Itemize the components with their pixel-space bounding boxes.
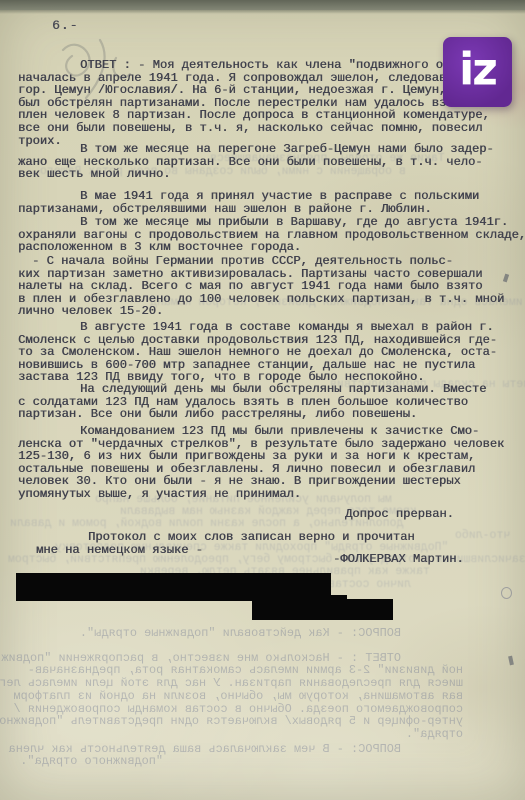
text-line: 125-130, 6 из них были пригвождены за ру… [18, 450, 520, 463]
text-line: - С начала войны Германии против СССР, д… [18, 255, 520, 268]
text-line: В том же месяце на перегоне Загреб-Цемун… [18, 143, 520, 156]
answer-paragraph: В мае 1941 года я принял участие в распр… [18, 190, 520, 215]
bleedthrough-line: что-либо [455, 529, 510, 542]
bleedthrough-question: ВОПРОС: - Как действовали "подвижные отр… [0, 627, 483, 640]
text-line: унтер-офицер и 5 рядовых/ включается оди… [0, 715, 463, 728]
text-line: В августе 1941 года в составе команды я … [18, 321, 520, 334]
text-line: партизан. Все они были либо расстреляны,… [18, 408, 520, 421]
text-line: упомянутых выше, я участия не принимал. [18, 488, 520, 501]
photo-edge-shadow [0, 10, 525, 14]
text-line: На следующий день мы были обстреляны пар… [18, 383, 520, 396]
answer-paragraph: - С начала войны Германии против СССР, д… [18, 255, 520, 318]
redaction-bar [252, 599, 393, 620]
text-line: партизанами, обстрелявшими наш эшелон в … [18, 203, 520, 216]
protocol-note-line-2: мне на немецком языке - [36, 543, 203, 557]
text-line: отряда". [0, 728, 463, 741]
text-line: ВОПРОС: - Как действовали "подвижные отр… [0, 627, 463, 640]
text-line: то за Смоленском. Наш эшелон немного не … [18, 346, 520, 359]
text-line: все они были повешены, в т.ч. я, насколь… [18, 122, 520, 135]
margin-mark [508, 656, 514, 666]
text-line: шиеся для преследования партизан. У нас … [0, 677, 463, 690]
text-line: налеты на склад. Всего с мая по август 1… [18, 280, 520, 293]
signature-name: -ФОЛКЕРВАХ Мартин. [333, 552, 464, 566]
bleedthrough-question: ВОПРОС: - В чем заключалась ваша деятель… [0, 743, 483, 768]
text-line: расположенном в 3 клм восточнее города. [18, 241, 520, 254]
text-line: лично человек 15-20. [18, 305, 520, 318]
protocol-note-line-1: Протокол с моих слов записан верно и про… [88, 530, 415, 544]
text-line: "подвижного отряда". [0, 755, 463, 768]
text-line: Командованием 123 ПД мы были привлечены … [18, 425, 520, 438]
scanned-document-page: Такие же отряды, предназначавшиеся в обр… [0, 0, 525, 800]
answer-paragraph: На следующий день мы были обстреляны пар… [18, 383, 520, 421]
answer-paragraph: В том же месяце на перегоне Загреб-Цемун… [18, 143, 520, 181]
interrogation-interrupted-note: Допрос прерван. [345, 507, 454, 521]
text-line: В мае 1941 года я принял участие в распр… [18, 190, 520, 203]
bleedthrough-reverse-text: ВОПРОС: - Как действовали "подвижные отр… [0, 627, 483, 768]
page-number: 6.- [52, 18, 78, 33]
answer-paragraph: Командованием 123 ПД мы были привлечены … [18, 425, 520, 501]
photo-edge [0, 0, 525, 10]
iz-logo-text: iz [459, 47, 496, 92]
text-line: В том же месяце мы прибыли в Варшаву, гд… [18, 216, 520, 229]
bleedthrough-answer: ОТВЕТ : - Насколько мне известно, в расп… [0, 652, 483, 741]
text-line: вая автомашина, которую мы, обычно, вози… [0, 690, 463, 703]
text-line: век шесть мной лично. [18, 168, 520, 181]
margin-circle-mark [501, 587, 512, 599]
answer-paragraph: В августе 1941 года в составе команды я … [18, 321, 520, 384]
answer-paragraph: В том же месяце мы прибыли в Варшаву, гд… [18, 216, 520, 254]
izvestia-logo: iz [443, 37, 512, 107]
